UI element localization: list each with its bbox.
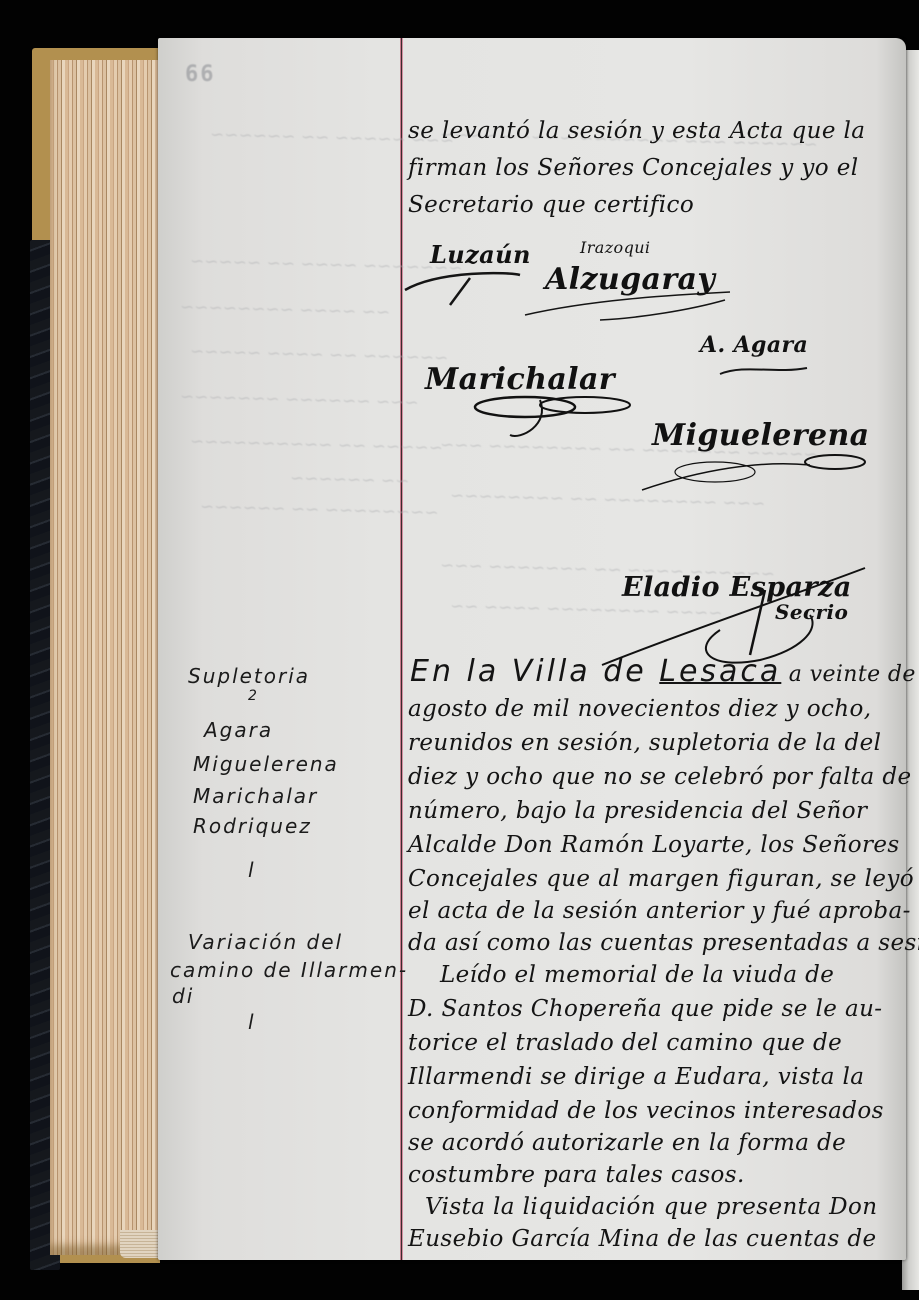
margin-note-title-line: di bbox=[172, 984, 194, 1008]
signature-flourish-icon bbox=[715, 362, 815, 382]
heading-prefix: En la Villa de bbox=[410, 654, 659, 689]
signature-flourish-icon bbox=[520, 290, 740, 330]
minutes-line: Alcalde Don Ramón Loyarte, los Señores bbox=[408, 832, 900, 858]
signature-flourish-icon bbox=[640, 450, 870, 495]
attendee-name: Rodriquez bbox=[193, 814, 312, 838]
closing-line: firman los Señores Concejales y yo el bbox=[408, 155, 858, 181]
signature-agara: A. Agara bbox=[700, 332, 808, 358]
page-number-stamp: 66 bbox=[185, 62, 216, 87]
minutes-line: número, bajo la presidencia del Señor bbox=[408, 798, 867, 824]
minutes-line: reunidos en sesión, supletoria de la del bbox=[408, 730, 881, 756]
closing-line: Secretario que certifico bbox=[408, 192, 694, 218]
minutes-line: Leído el memorial de la viuda de bbox=[440, 962, 834, 988]
minutes-line: D. Santos Chopereña que pide se le au- bbox=[408, 996, 882, 1022]
minutes-line: conformidad de los vecinos interesados bbox=[408, 1098, 884, 1124]
margin-note-number: 2 bbox=[248, 688, 259, 704]
heading-suffix: a veinte de bbox=[781, 662, 916, 687]
margin-note-title-line: Variación del bbox=[188, 930, 343, 954]
minutes-line: se acordó autorizarle en la forma de bbox=[408, 1130, 846, 1156]
minutes-line: el acta de la sesión anterior y fué apro… bbox=[408, 898, 911, 924]
minutes-line: Concejales que al margen figuran, se ley… bbox=[408, 866, 914, 892]
minutes-line: Vista la liquidación que presenta Don bbox=[425, 1194, 877, 1220]
minutes-line: agosto de mil novecientos diez y ocho, bbox=[408, 696, 871, 722]
signature-flourish-icon bbox=[400, 260, 540, 310]
margin-note-title-line: camino de Illarmen- bbox=[170, 958, 408, 982]
heading-place: Lesaca bbox=[659, 654, 781, 689]
closing-line: se levantó la sesión y esta Acta que la bbox=[408, 118, 865, 144]
minutes-line: Illarmendi se dirige a Eudara, vista la bbox=[408, 1064, 864, 1090]
signature-miguelerena: Miguelerena bbox=[652, 418, 870, 453]
attendee-name: Marichalar bbox=[193, 784, 318, 808]
margin-note-title: Supletoria bbox=[188, 664, 310, 688]
margin-note-mark: l bbox=[248, 1010, 256, 1034]
minutes-line: diez y ocho que no se celebró por falta … bbox=[408, 764, 911, 790]
minutes-line: torice el traslado del camino que de bbox=[408, 1030, 842, 1056]
minutes-line: costumbre para tales casos. bbox=[408, 1162, 745, 1188]
minutes-line: da así como las cuentas presentadas a se… bbox=[408, 930, 919, 956]
margin-note-mark: l bbox=[248, 858, 256, 882]
minutes-heading: En la Villa de Lesaca a veinte de bbox=[410, 654, 916, 689]
signature-flourish-icon bbox=[470, 385, 640, 445]
signature-irazoqui: Irazoqui bbox=[580, 238, 650, 257]
attendee-name: Miguelerena bbox=[193, 752, 339, 776]
red-margin-rule bbox=[400, 38, 403, 1260]
attendee-name: Agara bbox=[204, 718, 273, 742]
minutes-line: Eusebio García Mina de las cuentas de bbox=[408, 1226, 877, 1252]
page-stack-edges bbox=[50, 60, 170, 1255]
